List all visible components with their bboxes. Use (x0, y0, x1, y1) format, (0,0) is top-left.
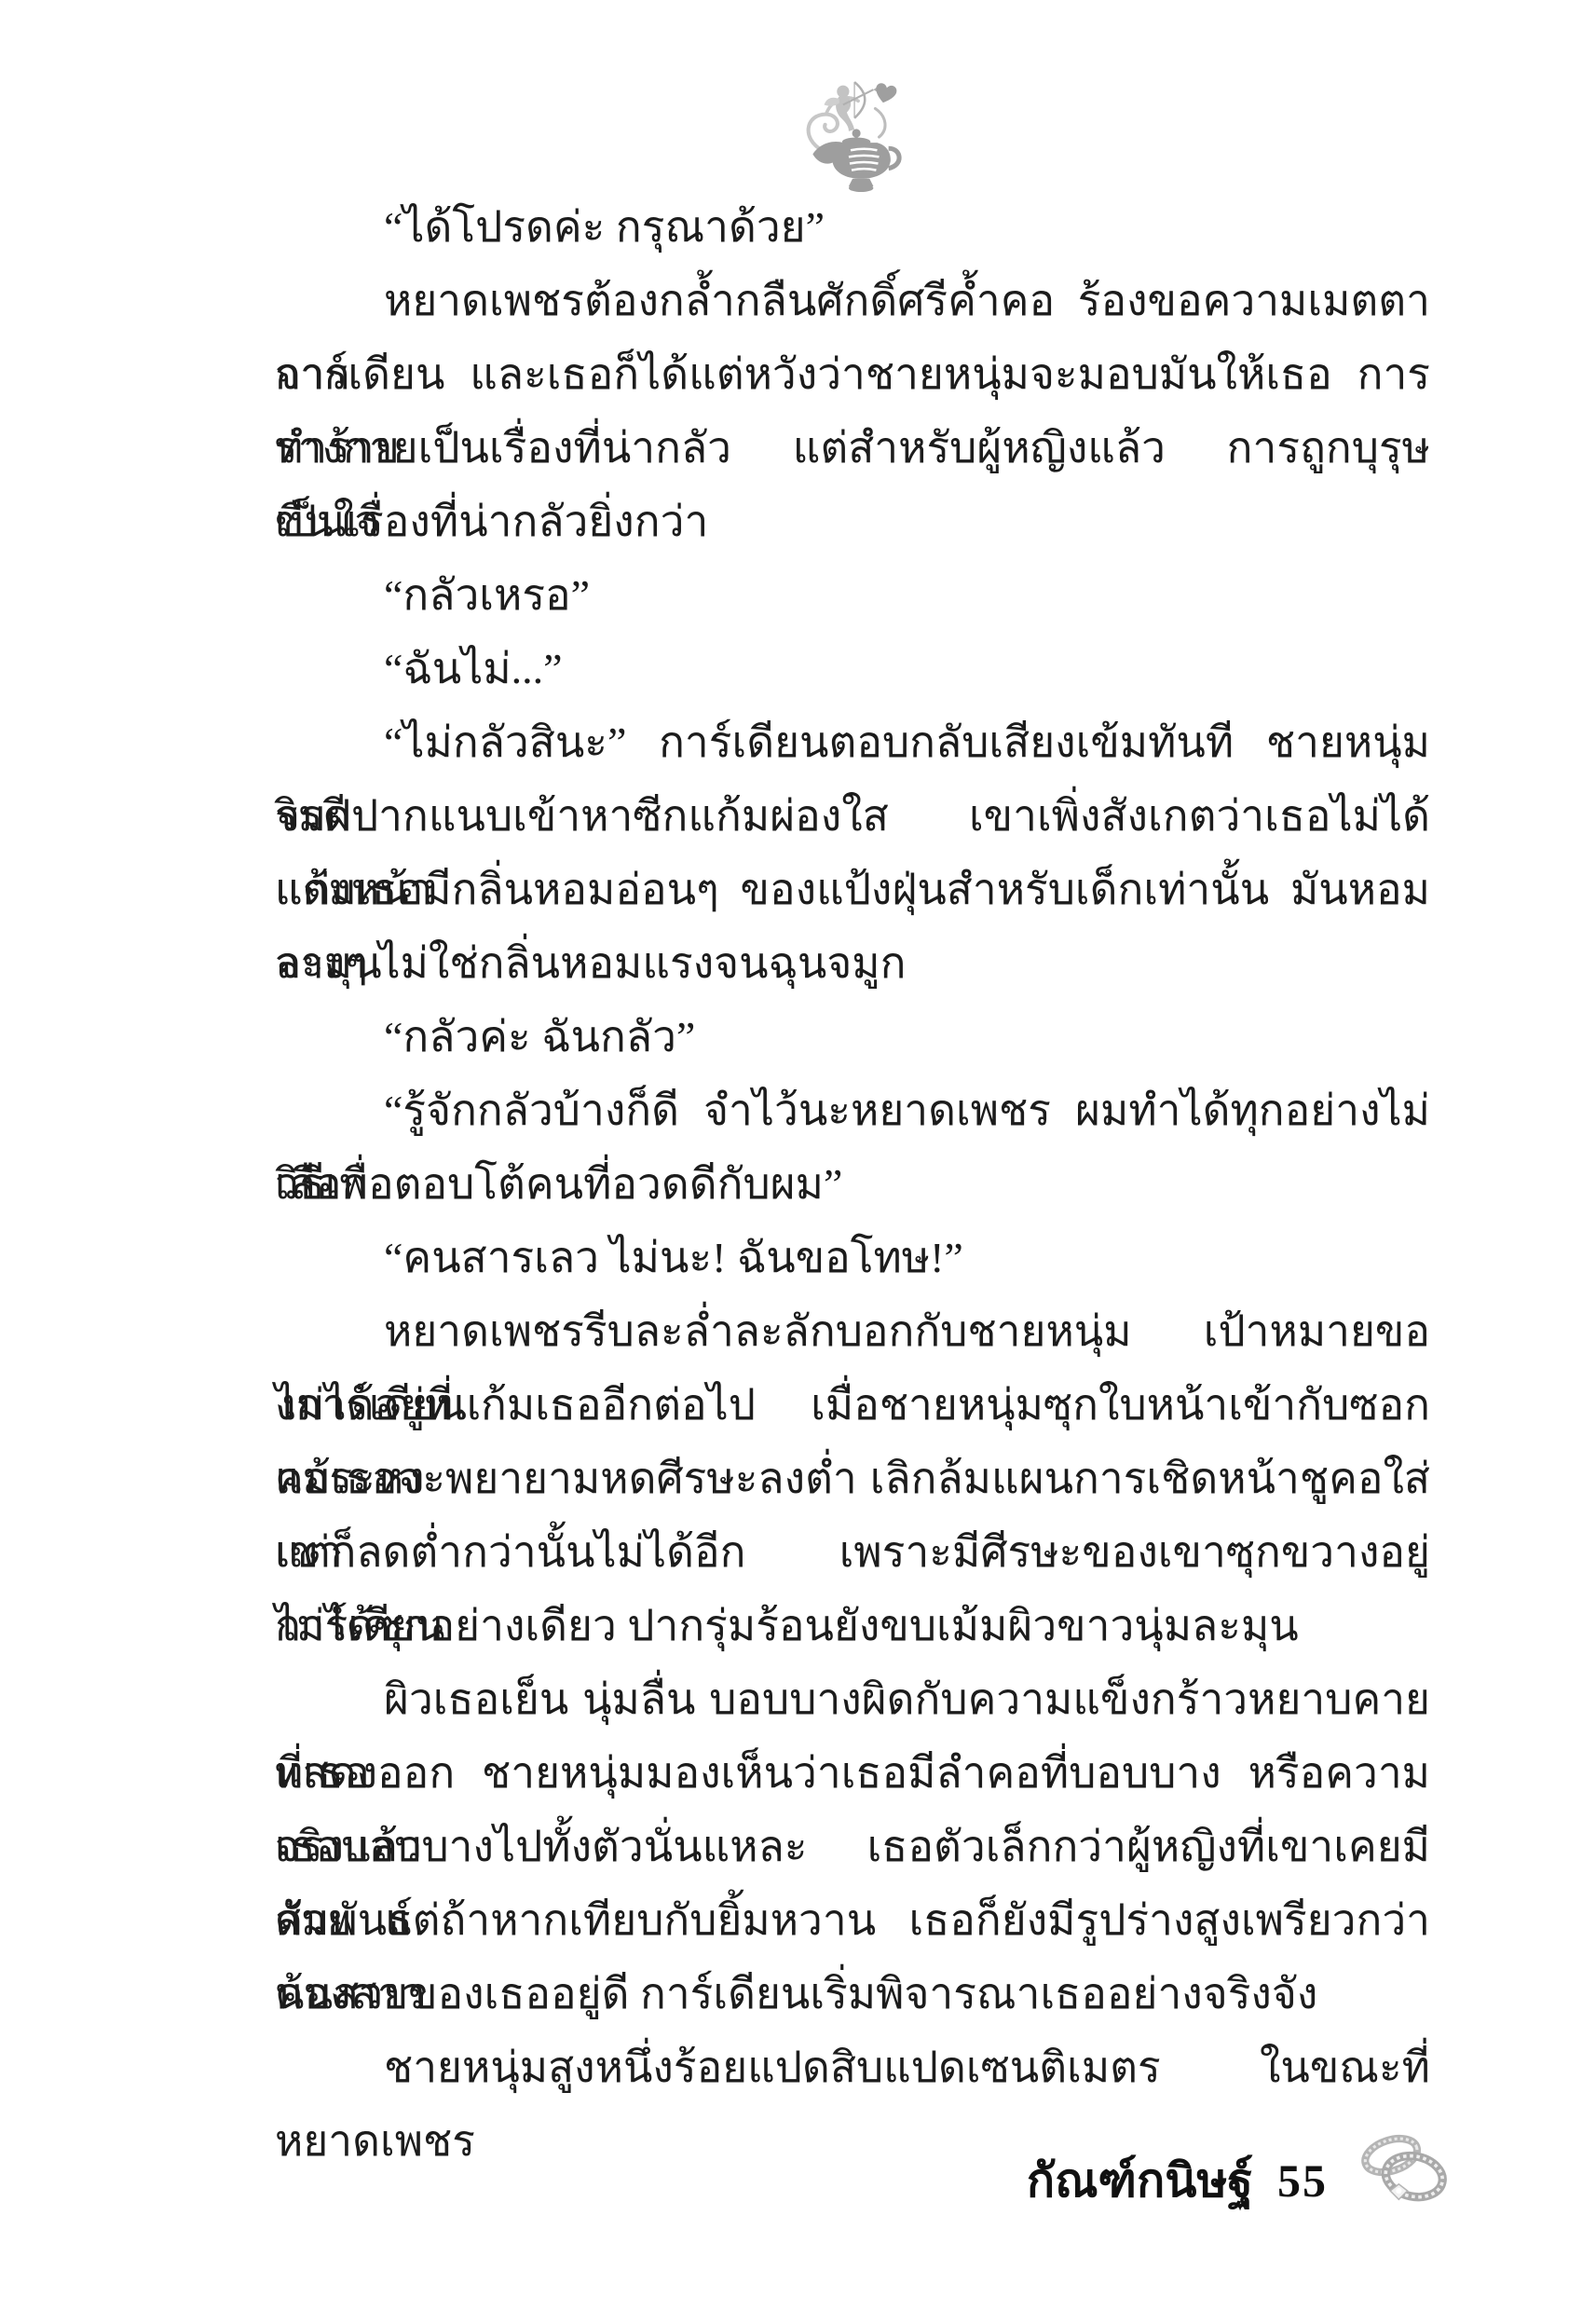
text-line: “คนสารเลว ไม่นะ! ฉันขอโทษ!” (275, 1221, 1430, 1294)
text-line: “ไม่กลัวสินะ” การ์เดียนตอบกลับเสียงเข้มท… (275, 705, 1430, 779)
text-line: การ์เดียน และเธอก็ได้แต่หวังว่าชายหนุ่มจ… (275, 337, 1430, 411)
text-line: หยาดเพชรรีบละล่ำละลักบอกกับชายหนุ่ม เป้า… (275, 1294, 1430, 1368)
page-number: 55 (1277, 2154, 1328, 2207)
book-title: กัณฑ์กนิษฐ์ (1027, 2154, 1253, 2207)
text-line: แสดงออก ชายหนุ่มมองเห็นว่าเธอมีลำคอที่บอ… (275, 1736, 1430, 1810)
cupid-genie-lamp-icon (794, 75, 907, 196)
text-line: หยาดเพชรต้องกล้ำกลืนศักดิ์ศรีค้ำคอ ร้องข… (275, 264, 1430, 337)
text-line: ร่างกายเป็นเรื่องที่น่ากลัว แต่สำหรับผู้… (275, 411, 1430, 485)
text-line: “รู้จักกลัวบ้างก็ดี จำไว้นะหยาดเพชร ผมทำ… (275, 1073, 1430, 1147)
text-line: ผิวเธอเย็น นุ่มลื่น บอบบางผิดกับความแข็ง… (275, 1662, 1430, 1736)
book-page: “ได้โปรดค่ะ กรุณาด้วย”หยาดเพชรต้องกล้ำกล… (0, 0, 1596, 2311)
text-line: “กลัวค่ะ ฉันกลัว” (275, 1000, 1430, 1073)
text-line: ไม่ได้อยู่ที่แก้มเธออีกต่อไป เมื่อชายหนุ… (275, 1368, 1430, 1442)
diamond-rings-icon (1351, 2128, 1458, 2217)
body-text: “ได้โปรดค่ะ กรุณาด้วย”หยาดเพชรต้องกล้ำกล… (275, 190, 1430, 2104)
text-line: ริมฝีปากแนบเข้าหาซีกแก้มผ่องใส เขาเพิ่งส… (275, 779, 1430, 853)
text-line: “ฉันไม่...” (275, 632, 1430, 705)
text-line: “ได้โปรดค่ะ กรุณาด้วย” (275, 190, 1430, 264)
text-line: ด้วย แต่ถ้าหากเทียบกับยิ้มหวาน เธอก็ยังม… (275, 1883, 1430, 1957)
text-line: “กลัวเหรอ” (275, 558, 1430, 632)
text-line: ไม่ได้ซุกอย่างเดียว ปากรุ่มร้อนยังขบเม้ม… (275, 1589, 1430, 1662)
text-line: แม้เธอจะพยายามหดศีรษะลงต่ำ เลิกล้มแผนการ… (275, 1442, 1430, 1515)
text-line: จางๆ ไม่ใช่กลิ่นหอมแรงจนฉุนจมูก (275, 926, 1430, 1000)
text-line: คนสวยของเธออยู่ดี การ์เดียนเริ่มพิจารณาเ… (275, 1957, 1430, 2031)
text-line: เป็นเรื่องที่น่ากลัวยิ่งกว่า (275, 485, 1430, 558)
text-line: วิธีเพื่อตอบโต้คนที่อวดดีกับผม” (275, 1147, 1430, 1221)
page-footer: กัณฑ์กนิษฐ์55 (894, 2151, 1328, 2216)
chapter-ornament (794, 75, 907, 196)
text-line: ชายหนุ่มสูงหนึ่งร้อยแปดสิบแปดเซนติเมตร ใ… (275, 2031, 1430, 2104)
text-line: แต่ก็ลดต่ำกว่านั้นไม่ได้อีก เพราะมีศีรษะ… (275, 1515, 1430, 1589)
text-line: แก้มเธอมีกลิ่นหอมอ่อนๆ ของแป้งฝุ่นสำหรับ… (275, 853, 1430, 926)
text-line: เธอบอบบางไปทั้งตัวนั่นแหละ เธอตัวเล็กกว่… (275, 1810, 1430, 1883)
